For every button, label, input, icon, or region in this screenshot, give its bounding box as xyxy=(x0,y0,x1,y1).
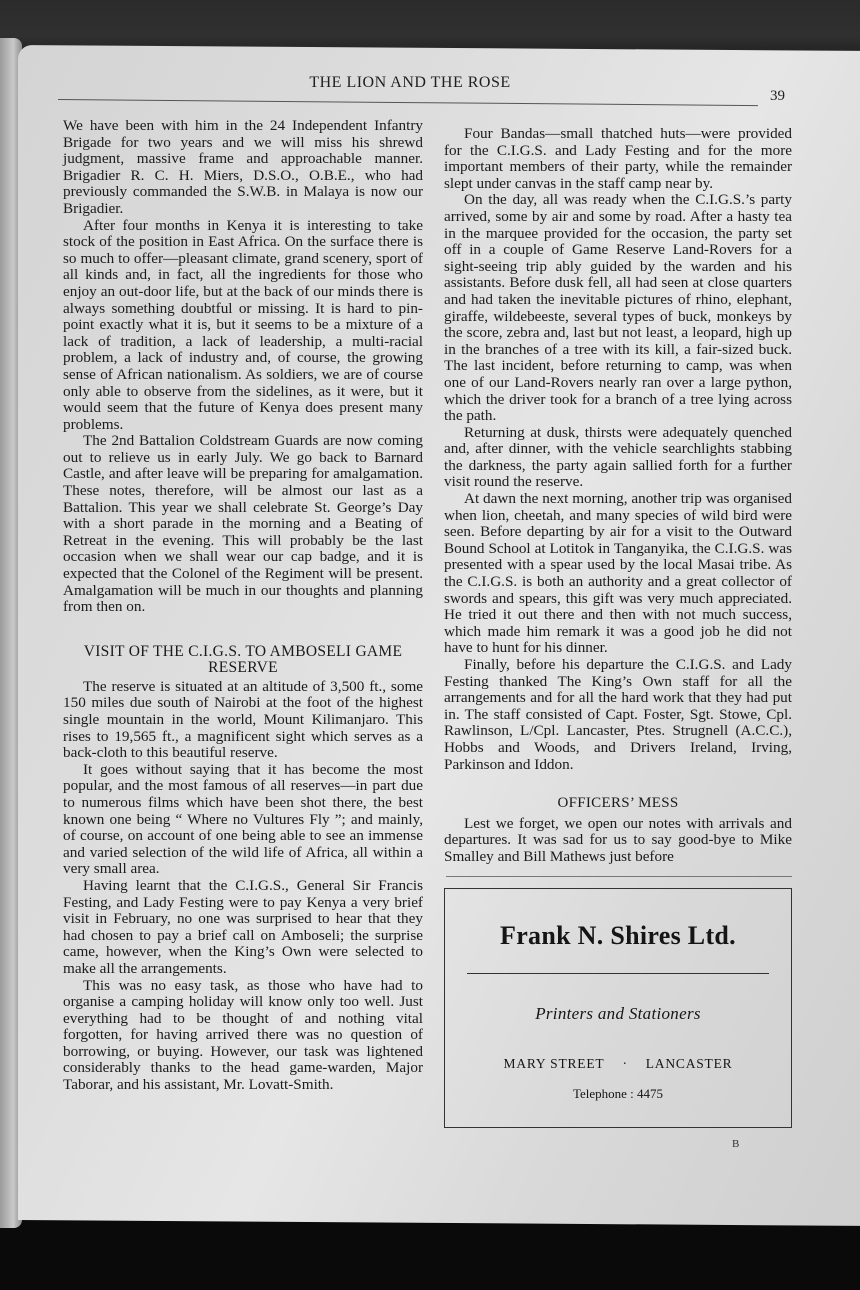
background-bottom xyxy=(0,1215,860,1290)
paragraph: Finally, before his departure the C.I.G.… xyxy=(444,657,792,773)
address-town: LANCASTER xyxy=(646,1056,733,1071)
paragraph: Four Bandas—small thatched huts—were pro… xyxy=(444,126,792,192)
paragraph: On the day, all was ready when the C.I.G… xyxy=(444,192,792,424)
advertisement-divider xyxy=(467,973,769,974)
paragraph: We have been with him in the 24 Independ… xyxy=(63,118,423,218)
paragraph: The 2nd Battalion Coldstream Guards are … xyxy=(63,433,423,616)
paragraph: Lest we forget, we open our notes with a… xyxy=(444,816,792,866)
paragraph: At dawn the next morning, another trip w… xyxy=(444,491,792,657)
paragraph: Returning at dusk, thirsts were adequate… xyxy=(444,425,792,491)
section-heading-officers-mess: OFFICERS’ MESS xyxy=(444,795,792,812)
signature-mark: B xyxy=(732,1138,739,1150)
right-column: Four Bandas—small thatched huts—were pro… xyxy=(444,126,792,866)
advertisement-box: Frank N. Shires Ltd. Printers and Statio… xyxy=(444,888,792,1128)
address-street: MARY STREET xyxy=(504,1056,605,1071)
left-column: We have been with him in the 24 Independ… xyxy=(63,118,423,1094)
paragraph: It goes without saying that it has becom… xyxy=(63,762,423,878)
paragraph: After four months in Kenya it is interes… xyxy=(63,218,423,434)
running-title: THE LION AND THE ROSE xyxy=(60,74,760,92)
advertisement-top-rule xyxy=(446,876,792,877)
address-separator: · xyxy=(622,1056,627,1072)
advertiser-name: Frank N. Shires Ltd. xyxy=(445,921,791,951)
paragraph: Having learnt that the C.I.G.S., General… xyxy=(63,878,423,978)
paragraph: This was no easy task, as those who have… xyxy=(63,978,423,1094)
page-number: 39 xyxy=(770,88,785,105)
advertiser-tagline: Printers and Stationers xyxy=(445,1004,791,1024)
paragraph: The reserve is situated at an altitude o… xyxy=(63,679,423,762)
advertiser-address: MARY STREET·LANCASTER xyxy=(445,1056,791,1072)
advertiser-telephone: Telephone : 4475 xyxy=(445,1086,791,1102)
section-heading: VISIT OF THE C.I.G.S. TO AMBOSELI GAME R… xyxy=(63,644,423,677)
